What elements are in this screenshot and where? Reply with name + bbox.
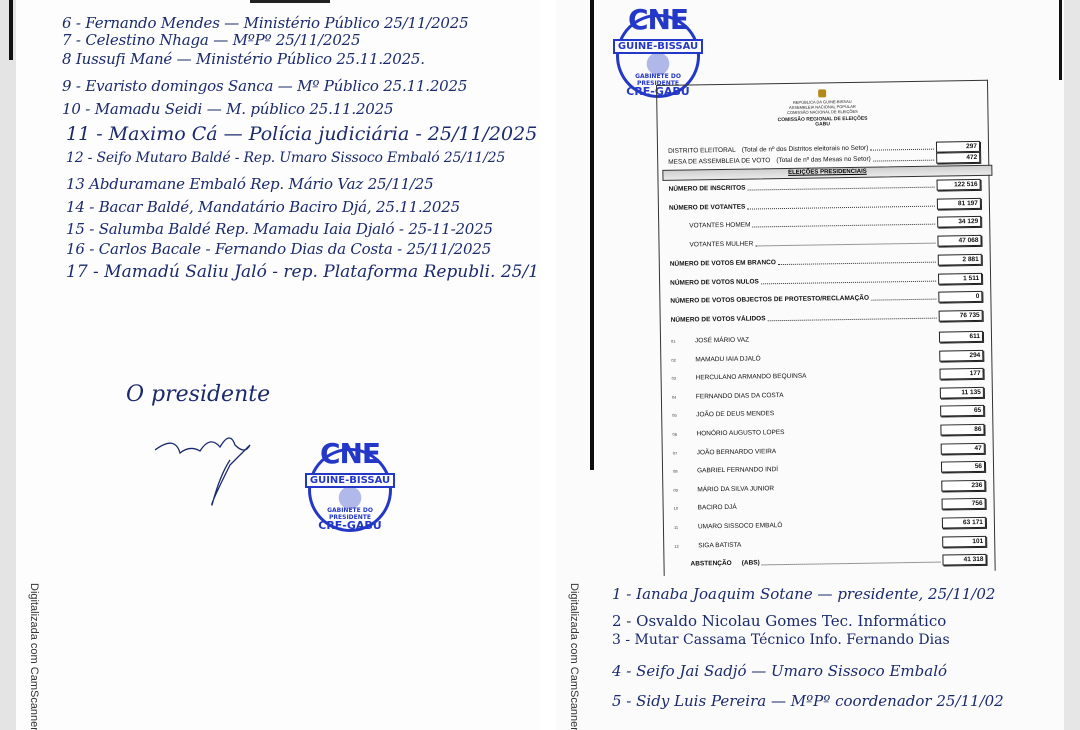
form-header: REPÚBLICA DA GUINÉ-BISSAU ASSEMBLEIA NAC… — [657, 87, 988, 130]
candidate-name: HERCULANO ARMANDO BEQUINSA — [696, 373, 807, 382]
signatory-line: 12 - Seifo Mutaro Baldé - Rep. Umaro Sis… — [66, 150, 505, 166]
stamp-text: CNE — [311, 437, 389, 470]
totals-list: NÚMERO DE INSCRITOS122 516NÚMERO DE VOTA… — [657, 81, 987, 86]
row-value: 472 — [936, 152, 980, 164]
candidate-votes: 177 — [939, 368, 983, 380]
candidate-row: 06HONÓRIO AUGUSTO LOPES86 — [672, 424, 984, 440]
candidate-votes: 47 — [941, 442, 985, 454]
row-label: NÚMERO DE VOTANTES — [669, 204, 746, 212]
signatory-line: 17 - Mamadú Saliu Jaló - rep. Plataforma… — [66, 262, 540, 282]
row-value: 47 068 — [937, 235, 981, 247]
row-value: 76 735 — [939, 310, 983, 322]
signatory-line: 9 - Evaristo domingos Sanca — Mº Público… — [62, 77, 467, 95]
signatory-line: 5 - Sidy Luis Pereira — MºPº coordenador… — [612, 692, 1004, 710]
candidate-row: 04FERNANDO DIAS DA COSTA11 135 — [672, 387, 984, 403]
candidate-number: 12 — [674, 543, 690, 548]
candidate-number: 06 — [672, 432, 688, 437]
total-row: NÚMERO DE VOTOS VÁLIDOS76 735 — [671, 310, 983, 326]
row-label: NÚMERO DE VOTOS NULOS — [670, 278, 759, 286]
candidate-row: 03HERCULANO ARMANDO BEQUINSA177 — [672, 368, 984, 384]
candidate-row: 09MÁRIO DA SILVA JUNIOR236 — [673, 480, 985, 496]
row-label: NÚMERO DE VOTOS VÁLIDOS — [671, 315, 766, 323]
candidate-name: BACIRO DJÁ — [698, 504, 737, 512]
row-note: (Total de nº dos Distritos eleitorais no… — [742, 145, 869, 154]
signatory-line: 1 - Ianaba Joaquim Sotane — presidente, … — [612, 585, 995, 603]
signatory-line: 8 Iussufi Mané — Ministério Público 25.1… — [62, 50, 425, 68]
candidate-votes: 63 171 — [942, 517, 986, 529]
stamp-text: GUINE-BISSAU — [613, 39, 703, 54]
row-value: 41 318 — [942, 554, 986, 566]
candidate-votes: 56 — [941, 461, 985, 473]
signatory-line: 16 - Carlos Bacale - Fernando Dias da Co… — [66, 240, 491, 258]
candidate-votes: 294 — [939, 349, 983, 361]
candidate-row: 11UMARO SISSOCO EMBALÓ63 171 — [674, 517, 986, 533]
candidate-number: 10 — [674, 506, 690, 511]
row-label: NÚMERO DE VOTOS OBJECTOS DE PROTESTO/REC… — [670, 295, 869, 305]
candidate-name: SIGA BATISTA — [698, 541, 741, 549]
total-row: NÚMERO DE VOTANTES81 197 — [669, 198, 981, 214]
candidate-number: 01 — [671, 339, 687, 344]
candidate-row: 07JOÃO BERNARDO VIEIRA47 — [673, 442, 985, 458]
stamp-text: CNE — [619, 3, 697, 36]
candidate-votes: 11 135 — [940, 387, 984, 399]
row-label: MESA DE ASSEMBLEIA DE VOTO — [668, 157, 770, 166]
row-label: (ABS) — [742, 559, 760, 566]
scanner-watermark: Digitalizada com CamScanner — [568, 583, 580, 730]
candidate-row: 01JOSÉ MÁRIO VAZ611 — [671, 331, 983, 347]
scanned-page-left: 6 - Fernando Mendes — Ministério Público… — [0, 0, 540, 730]
scan-margin — [0, 0, 16, 730]
row-label: VOTANTES HOMEM — [689, 222, 750, 230]
candidate-name: UMARO SISSOCO EMBALÓ — [698, 522, 783, 530]
total-row: NÚMERO DE VOTOS OBJECTOS DE PROTESTO/REC… — [670, 291, 982, 307]
results-form: REPÚBLICA DA GUINÉ-BISSAU ASSEMBLEIA NAC… — [656, 80, 996, 576]
candidate-votes: 65 — [940, 405, 984, 417]
candidates-list: 01JOSÉ MÁRIO VAZ61102MAMADU IAIA DJALÓ29… — [657, 81, 987, 86]
candidate-name: JOÃO BERNARDO VIEIRA — [697, 448, 777, 456]
row-value: 1 511 — [938, 273, 982, 285]
row-label: VOTANTES MULHER — [689, 240, 753, 248]
candidate-number: 11 — [674, 525, 690, 530]
closing-text: O presidente — [126, 382, 270, 407]
row-value: 122 516 — [937, 179, 981, 191]
signatory-line: 10 - Mamadu Seidi — M. público 25.11.202… — [62, 100, 393, 118]
candidate-number: 04 — [672, 394, 688, 399]
signatory-line: 3 - Mutar Cassama Técnico Info. Fernando… — [612, 632, 950, 648]
total-row: NÚMERO DE INSCRITOS122 516 — [669, 179, 981, 195]
signatory-line: 2 - Osvaldo Nicolau Gomes Tec. Informáti… — [612, 612, 946, 630]
candidate-number: 08 — [673, 469, 689, 474]
candidate-votes: 611 — [939, 331, 983, 343]
scan-edge — [1059, 0, 1062, 80]
row-value: 297 — [936, 141, 980, 153]
scan-edge — [250, 0, 330, 3]
row-label: DISTRITO ELEITORAL — [668, 147, 736, 155]
candidate-row: 10BACIRO DJÁ756 — [674, 498, 986, 514]
candidate-number: 09 — [673, 487, 689, 492]
candidate-number: 05 — [672, 413, 688, 418]
total-row: NÚMERO DE VOTOS NULOS1 511 — [670, 273, 982, 289]
signatory-line: 7 - Celestino Nhaga — MºPº 25/11/2025 — [62, 31, 360, 49]
candidate-name: GABRIEL FERNANDO INDÍ — [697, 466, 778, 474]
signatory-line: 4 - Seifo Jai Sadjó — Umaro Sissoco Emba… — [612, 662, 947, 680]
row-value: 34 129 — [937, 216, 981, 228]
candidate-name: JOSÉ MÁRIO VAZ — [695, 337, 749, 345]
total-row: NÚMERO DE VOTOS EM BRANCO2 881 — [670, 254, 982, 270]
signatory-line: 15 - Salumba Baldé Rep. Mamadu Iaia Djal… — [66, 220, 493, 238]
candidate-number: 03 — [672, 376, 688, 381]
stamp-text: CRE-GABU — [311, 519, 389, 532]
row-value: 0 — [938, 291, 982, 303]
candidate-votes: 756 — [942, 498, 986, 510]
cne-stamp: CNE GUINE-BISSAU GABINETE DO PRESIDENTE … — [308, 448, 392, 532]
signatory-line: 13 Abduramane Embaló Rep. Mário Vaz 25/1… — [66, 175, 433, 193]
candidate-votes: 236 — [941, 480, 985, 492]
scan-margin — [1064, 0, 1080, 730]
candidate-name: FERNANDO DIAS DA COSTA — [696, 392, 784, 400]
total-row: VOTANTES HOMEM34 129 — [669, 216, 981, 232]
candidate-number: 02 — [671, 357, 687, 362]
candidate-number: 07 — [673, 450, 689, 455]
scanned-page-right: CNE GUINE-BISSAU GABINETE DO PRESIDENTE … — [556, 0, 1080, 730]
stamp-text: GUINE-BISSAU — [305, 473, 395, 488]
candidate-row: 02MAMADU IAIA DJALÓ294 — [671, 349, 983, 365]
candidate-row: 12SIGA BATISTA101 — [674, 535, 986, 551]
signatory-line: 6 - Fernando Mendes — Ministério Público… — [62, 14, 468, 32]
candidate-votes: 101 — [942, 535, 986, 547]
row-label: NÚMERO DE VOTOS EM BRANCO — [670, 259, 776, 268]
coat-of-arms-icon — [818, 89, 826, 97]
row-label: ABSTENÇÃO — [690, 560, 731, 568]
section-title: ELEIÇÕES PRESIDENCIAIS — [662, 165, 992, 181]
row-value: 81 197 — [937, 198, 981, 210]
signature — [150, 425, 270, 510]
row-label: NÚMERO DE INSCRITOS — [669, 185, 746, 193]
total-row: VOTANTES MULHER47 068 — [669, 235, 981, 251]
row-value: 2 881 — [938, 254, 982, 266]
scanner-watermark: Digitalizada com CamScanner — [28, 583, 40, 730]
signatory-line: 14 - Bacar Baldé, Mandatário Baciro Djá,… — [66, 198, 460, 216]
candidate-votes: 86 — [940, 424, 984, 436]
candidate-row: 05JOÃO DE DEUS MENDES65 — [672, 405, 984, 421]
candidate-name: JOÃO DE DEUS MENDES — [696, 411, 774, 419]
row-note: (Total de nº das Mesas no Setor) — [776, 156, 871, 164]
candidate-name: MÁRIO DA SILVA JUNIOR — [697, 485, 774, 493]
signatory-line: 11 - Maximo Cá — Polícia judiciária - 25… — [66, 123, 537, 145]
candidate-name: MAMADU IAIA DJALÓ — [695, 355, 760, 363]
scan-edge — [9, 0, 13, 60]
page-gap — [540, 0, 556, 730]
candidate-name: HONÓRIO AUGUSTO LOPES — [696, 429, 784, 437]
abstencao-row: ABSTENÇÃO (ABS) 41 318 — [674, 554, 986, 570]
candidate-row: 08GABRIEL FERNANDO INDÍ56 — [673, 461, 985, 477]
scan-edge — [590, 0, 594, 470]
